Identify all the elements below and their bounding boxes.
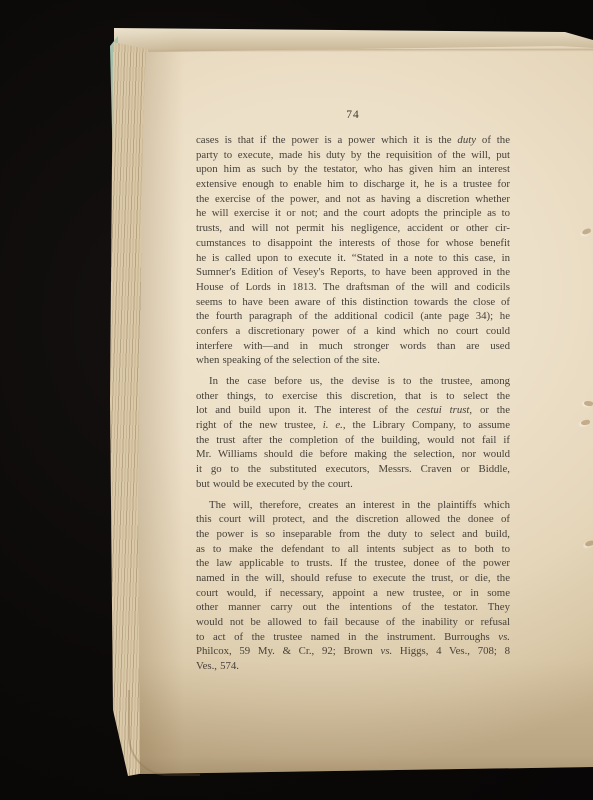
text-line: the law applicable to trusts. If the tru… xyxy=(196,556,510,571)
text-line: the power is so inseparable from the dut… xyxy=(196,527,510,542)
text-line: upon him as such by the testator, who ha… xyxy=(196,162,510,177)
page-bottom-shadow xyxy=(0,660,593,780)
text-line: House of Lords in 1813. The draftsman of… xyxy=(196,280,510,295)
text-line: the trust after the completion of the bu… xyxy=(196,433,510,448)
text-line: interfere with—and in much stronger word… xyxy=(196,339,510,354)
paper-nick xyxy=(584,400,593,406)
text-line: cases is that if the power is a power wh… xyxy=(196,133,510,148)
page-text-block: 74 cases is that if the power is a power… xyxy=(196,108,510,674)
text-line: confers a discretionary power of a kind … xyxy=(196,324,510,339)
text-line: other manner carry out the intentions of… xyxy=(196,600,510,615)
text-line: it go to the substituted executors, Mess… xyxy=(196,462,510,477)
text-line: the fourth paragraph of the additional c… xyxy=(196,309,510,324)
paragraph: cases is that if the power is a power wh… xyxy=(196,133,510,368)
text-line: Sumner's Edition of Vesey's Reports, to … xyxy=(196,265,510,280)
text-line: Mr. Williams should die before making th… xyxy=(196,447,510,462)
text-line: Philcox, 59 My. & Cr., 92; Brown vs. Hig… xyxy=(196,644,510,659)
text-line: he is called upon to execute it. “Stated… xyxy=(196,251,510,266)
text-line: the exercise of the power, and not as ha… xyxy=(196,192,510,207)
paper-nick xyxy=(585,540,593,547)
text-line: party to execute, made his duty by the r… xyxy=(196,148,510,163)
page-paragraphs: cases is that if the power is a power wh… xyxy=(196,133,510,674)
paper-nick xyxy=(581,419,591,425)
text-line: but would be executed by the court. xyxy=(196,477,510,492)
paragraph: In the case before us, the devise is to … xyxy=(196,374,510,492)
text-line: other things, to exercise this discretio… xyxy=(196,389,510,404)
page-number: 74 xyxy=(196,108,510,123)
text-line: The will, therefore, creates an interest… xyxy=(196,498,510,513)
text-line: to act of the trustee named in the instr… xyxy=(196,630,510,645)
text-line: cumstances to disappoint the interests o… xyxy=(196,236,510,251)
text-line: In the case before us, the devise is to … xyxy=(196,374,510,389)
paper-nick xyxy=(581,228,591,236)
text-line: when speaking of the selection of the si… xyxy=(196,353,510,368)
text-line: he will exercise it or not; and the cour… xyxy=(196,206,510,221)
paragraph: The will, therefore, creates an interest… xyxy=(196,498,510,674)
scanned-book-photo: 74 cases is that if the power is a power… xyxy=(0,0,593,800)
text-line: as to make the defendant to all intents … xyxy=(196,542,510,557)
text-line: lot and build upon it. The interest of t… xyxy=(196,403,510,418)
text-line: seems to have been aware of this distinc… xyxy=(196,295,510,310)
text-line: would not be allowed to fail because of … xyxy=(196,615,510,630)
text-line: Ves., 574. xyxy=(196,659,510,674)
text-line: extensive enough to enable him to discha… xyxy=(196,177,510,192)
text-line: named in the will, should refuse to exec… xyxy=(196,571,510,586)
text-line: trusts, and will not permit his negligen… xyxy=(196,221,510,236)
text-line: right of the new trustee, i. e., the Lib… xyxy=(196,418,510,433)
text-line: court would, if necessary, appoint a new… xyxy=(196,586,510,601)
text-line: this court will protect, and the discret… xyxy=(196,512,510,527)
